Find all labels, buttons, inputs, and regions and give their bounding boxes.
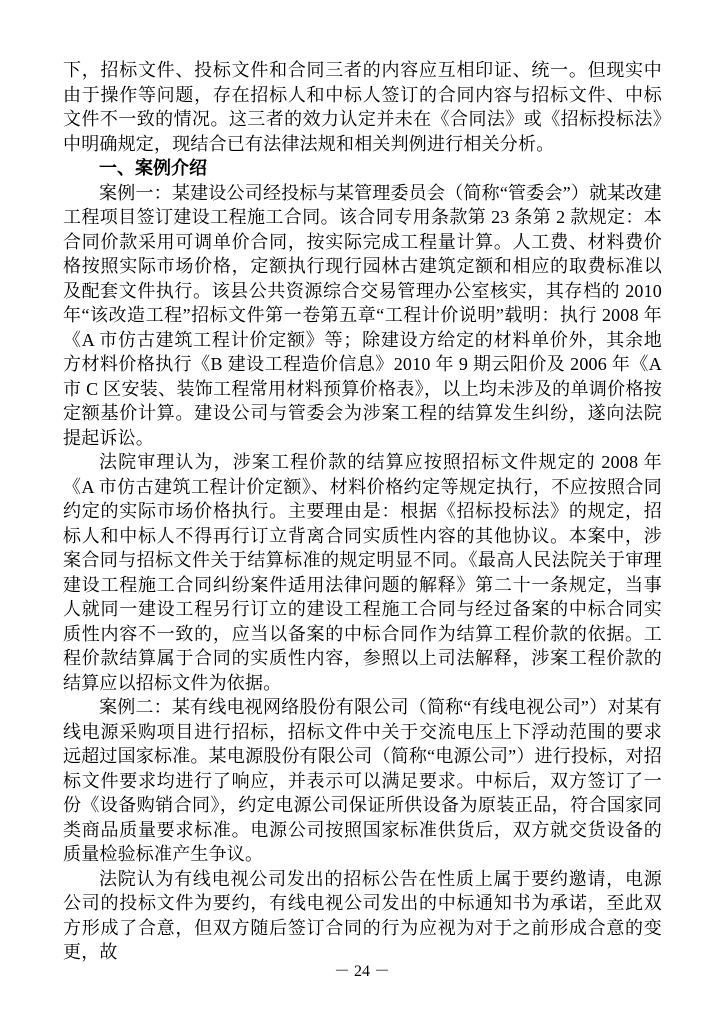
paragraph-case-one: 案例一：某建设公司经投标与某管理委员会（简称“管委会”）就某改建工程项目签订建设…	[63, 181, 662, 451]
paragraph-court-opinion-two: 法院认为有线电视公司发出的招标公告在性质上属于要约邀请，电源公司的投标文件为要约…	[63, 867, 662, 965]
paragraph-case-two: 案例二：某有线电视网络股份有限公司（简称“有线电视公司”）对某有线电源采购项目进…	[63, 695, 662, 867]
page-number: － 24 －	[0, 962, 724, 982]
paragraph-court-opinion-one: 法院审理认为，涉案工程价款的结算应按照招标文件规定的 2008 年《A 市仿古建…	[63, 450, 662, 695]
page-body: 下，招标文件、投标文件和合同三者的内容应互相印证、统一。但现实中由于操作等问题，…	[63, 58, 662, 965]
paragraph-continuation: 下，招标文件、投标文件和合同三者的内容应互相印证、统一。但现实中由于操作等问题，…	[63, 58, 662, 156]
document-page: 下，招标文件、投标文件和合同三者的内容应互相印证、统一。但现实中由于操作等问题，…	[0, 0, 724, 1024]
section-heading-case-introduction: 一、案例介绍	[63, 156, 662, 181]
